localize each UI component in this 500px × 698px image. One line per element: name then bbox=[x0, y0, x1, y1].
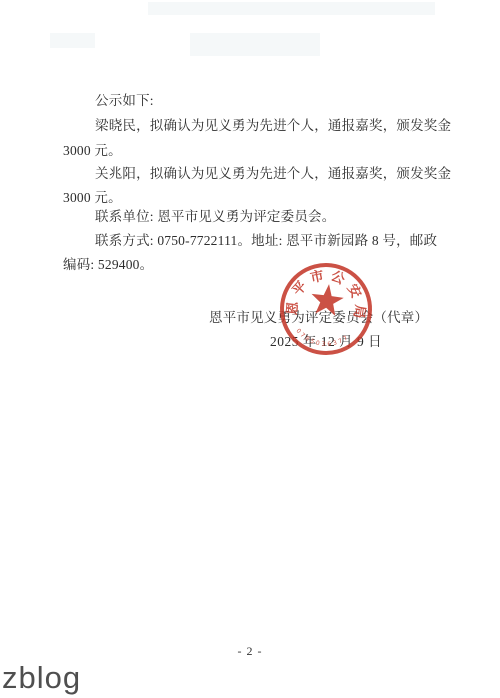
signature-committee: 恩平市见义勇为评定委员会（代章） bbox=[209, 306, 428, 326]
scan-ghost-mark bbox=[50, 33, 95, 48]
scan-ghost-mark bbox=[148, 2, 435, 15]
signature-date: 2025 年 12 月 9 日 bbox=[270, 330, 382, 350]
body-line-amount2: 3000 元。 bbox=[63, 189, 122, 206]
postal-code-line: 编码: 529400。 bbox=[63, 256, 153, 273]
contact-phone-address-line: 联系方式: 0750-7722111。地址: 恩平市新园路 8 号，邮政 bbox=[95, 232, 437, 249]
body-line-person2: 关兆阳，拟确认为见义勇为先进个人，通报嘉奖，颁发奖金 bbox=[95, 165, 451, 182]
watermark-logo: zblog bbox=[2, 660, 81, 696]
document-page: 公示如下: 梁晓民，拟确认为见义勇为先进个人，通报嘉奖，颁发奖金 3000 元。… bbox=[0, 0, 500, 698]
contact-unit-line: 联系单位: 恩平市见义勇为评定委员会。 bbox=[95, 208, 335, 225]
page-number: - 2 - bbox=[0, 644, 500, 659]
scan-ghost-mark bbox=[190, 33, 320, 56]
intro-line: 公示如下: bbox=[95, 92, 154, 109]
body-line-person1: 梁晓民，拟确认为见义勇为先进个人，通报嘉奖，颁发奖金 bbox=[95, 117, 451, 134]
body-line-amount1: 3000 元。 bbox=[63, 142, 122, 159]
